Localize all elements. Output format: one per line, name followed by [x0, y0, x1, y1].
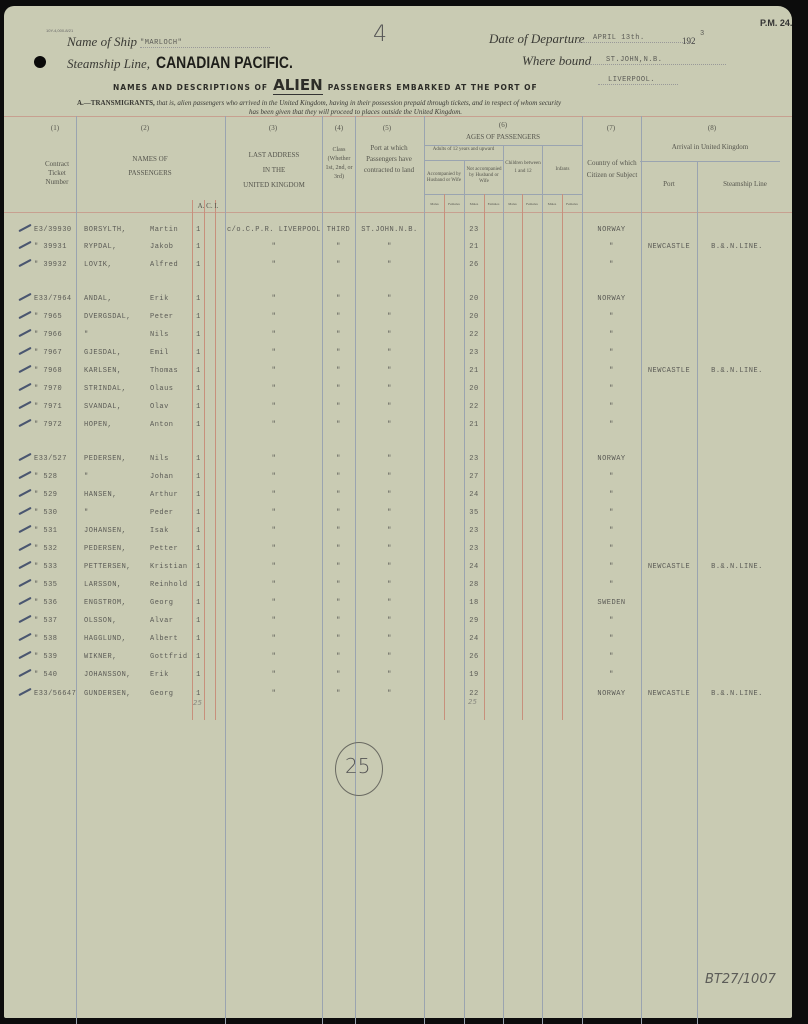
age: 23: [464, 455, 484, 463]
col4-number: (4): [323, 124, 355, 133]
last-address: ": [226, 690, 322, 698]
arrival-line: B.&.N.LINE.: [697, 563, 777, 571]
given-name: Anton: [150, 421, 192, 429]
table-row: " 529HANSEN,Arthur1"""24": [0, 487, 808, 504]
age: 23: [464, 226, 484, 234]
country: ": [582, 403, 641, 411]
ticket-number: " 7971: [34, 403, 74, 411]
col5-heading: Port at which Passengers have contracted…: [358, 143, 420, 176]
country: ": [582, 349, 641, 357]
last-address: ": [226, 473, 322, 481]
given-name: Nils: [150, 331, 192, 339]
col4-heading: Class (Whether 1st, 2nd, or 3rd): [325, 146, 353, 182]
given-name: Olav: [150, 403, 192, 411]
port-to-land: ": [355, 421, 424, 429]
class: ": [322, 491, 355, 499]
form-title: NAMES AND DESCRIPTIONS OF ALIEN PASSENGE…: [113, 75, 538, 94]
punch-hole: [34, 56, 46, 68]
adult-mark: 1: [193, 349, 204, 357]
col6-accompanied-heading: Accompanied by Husband or Wife: [424, 172, 464, 184]
surname: HAGGLUND,: [84, 635, 154, 643]
class: ": [322, 545, 355, 553]
adult-mark: 1: [193, 421, 204, 429]
check-mark-icon: [18, 347, 31, 355]
ticket-number: " 540: [34, 671, 74, 679]
age: 35: [464, 509, 484, 517]
males-label-2: Males: [464, 200, 484, 209]
country: ": [582, 653, 641, 661]
age: 26: [464, 653, 484, 661]
col3-number: (3): [258, 124, 288, 133]
archive-reference: BT27/1007: [705, 972, 776, 987]
age: 27: [464, 473, 484, 481]
last-address: ": [226, 527, 322, 535]
adult-mark: 1: [193, 243, 204, 251]
header-top-rule: [4, 116, 792, 117]
class: ": [322, 563, 355, 571]
adult-mark: 1: [193, 509, 204, 517]
ticket-number: " 532: [34, 545, 74, 553]
where-bound-label: Where bound: [522, 53, 591, 69]
class: ": [322, 331, 355, 339]
age: 21: [464, 243, 484, 251]
arrival-line: B.&.N.LINE.: [697, 690, 777, 698]
surname: STRINDAL,: [84, 385, 154, 393]
given-name: Alvar: [150, 617, 192, 625]
col6-children-heading: Children between 1 and 12: [505, 160, 541, 176]
ticket-number: " 530: [34, 509, 74, 517]
country: ": [582, 473, 641, 481]
age: 22: [464, 331, 484, 339]
steamship-line-value: CANADIAN PACIFIC.: [156, 53, 293, 73]
age: 18: [464, 599, 484, 607]
check-mark-icon: [18, 224, 31, 232]
ticket-number: " 39931: [34, 243, 74, 251]
check-mark-icon: [18, 561, 31, 569]
ticket-number: " 531: [34, 527, 74, 535]
country: ": [582, 545, 641, 553]
title-suffix: PASSENGERS EMBARKED AT THE PORT OF: [328, 83, 538, 92]
surname: JOHANSSON,: [84, 671, 154, 679]
port-to-land: ": [355, 563, 424, 571]
class: ": [322, 635, 355, 643]
arrival-port: NEWCASTLE: [641, 563, 697, 571]
table-row: " 7967GJESDAL,Emil1"""23": [0, 345, 808, 362]
age: 24: [464, 491, 484, 499]
ticket-number: " 7968: [34, 367, 74, 375]
adult-mark: 1: [193, 581, 204, 589]
country: ": [582, 581, 641, 589]
col3-heading-1: LAST ADDRESS: [226, 151, 322, 160]
age: 29: [464, 617, 484, 625]
col6-number: (6): [488, 121, 518, 130]
col1-heading: Contract Ticket Number: [40, 160, 74, 187]
surname: ": [84, 331, 154, 339]
ticket-number: " 7970: [34, 385, 74, 393]
last-address: ": [226, 349, 322, 357]
port-to-land: ": [355, 545, 424, 553]
adult-mark: 1: [193, 599, 204, 607]
ticket-number: " 7965: [34, 313, 74, 321]
males-label-3: Males: [503, 200, 522, 209]
ticket-number: " 536: [34, 599, 74, 607]
arrival-line: B.&.N.LINE.: [697, 243, 777, 251]
adult-mark: 1: [193, 295, 204, 303]
last-address: ": [226, 671, 322, 679]
title-alien: ALIEN: [273, 76, 323, 95]
country: ": [582, 331, 641, 339]
country: ": [582, 527, 641, 535]
table-row: E33/56647GUNDERSEN,Georg1"""22NORWAYNEWC…: [0, 686, 808, 703]
arrival-port: NEWCASTLE: [641, 243, 697, 251]
port-to-land: ": [355, 385, 424, 393]
check-mark-icon: [18, 383, 31, 391]
port-to-land: ": [355, 261, 424, 269]
given-name: Peter: [150, 313, 192, 321]
country: ": [582, 491, 641, 499]
given-name: Jakob: [150, 243, 192, 251]
adult-mark: 1: [193, 563, 204, 571]
class: ": [322, 261, 355, 269]
class: ": [322, 509, 355, 517]
class: ": [322, 455, 355, 463]
age: 22: [464, 690, 484, 698]
circled-total: 25: [335, 742, 383, 796]
col3-heading-3: UNITED KINGDOM: [226, 181, 322, 190]
port-to-land: ": [355, 617, 424, 625]
class: ": [322, 243, 355, 251]
country: ": [582, 313, 641, 321]
given-name: Erik: [150, 671, 192, 679]
surname: HOPEN,: [84, 421, 154, 429]
given-name: Emil: [150, 349, 192, 357]
class: ": [322, 313, 355, 321]
ticket-number: " 7972: [34, 421, 74, 429]
last-address: ": [226, 295, 322, 303]
adult-mark: 1: [193, 385, 204, 393]
table-row: " 7971SVANDAL,Olav1"""22": [0, 399, 808, 416]
where-bound-value: ST.JOHN,N.B.: [588, 56, 726, 65]
given-name: Nils: [150, 455, 192, 463]
check-mark-icon: [18, 615, 31, 623]
check-mark-icon: [18, 633, 31, 641]
given-name: Alfred: [150, 261, 192, 269]
last-address: ": [226, 455, 322, 463]
section-text-2: has been given that they will proceed to…: [249, 108, 462, 116]
ticket-number: " 528: [34, 473, 74, 481]
last-address: ": [226, 313, 322, 321]
surname: WIKNER,: [84, 653, 154, 661]
age: 22: [464, 403, 484, 411]
check-mark-icon: [18, 597, 31, 605]
males-label-1: Males: [425, 200, 444, 209]
check-mark-icon: [18, 579, 31, 587]
ticket-number: " 533: [34, 563, 74, 571]
col6-infants-heading: Infants: [543, 165, 582, 174]
form-code: 10Y-4,000-8/21: [46, 28, 73, 33]
adult-mark: 1: [193, 671, 204, 679]
section-label: A.—TRANSMIGRANTS,: [77, 99, 155, 107]
port-to-land: ": [355, 581, 424, 589]
last-address: ": [226, 599, 322, 607]
check-mark-icon: [18, 471, 31, 479]
class: ": [322, 653, 355, 661]
adult-mark: 1: [193, 635, 204, 643]
surname: OLSSON,: [84, 617, 154, 625]
class: ": [322, 403, 355, 411]
last-address: ": [226, 491, 322, 499]
col7-number: (7): [596, 124, 626, 133]
col6-not-accompanied-heading: Not accompanied by Husband or Wife: [464, 167, 504, 185]
table-row: E33/527PEDERSEN,Nils1"""23NORWAY: [0, 451, 808, 468]
adult-mark: 1: [193, 653, 204, 661]
class: ": [322, 617, 355, 625]
port-to-land: ": [355, 473, 424, 481]
adult-mark: 1: [193, 226, 204, 234]
port-to-land: ": [355, 653, 424, 661]
table-row: " 536ENGSTROM,Georg1"""18SWEDEN: [0, 595, 808, 612]
age: 20: [464, 295, 484, 303]
ticket-number: " 538: [34, 635, 74, 643]
col2-aci: A. C. I.: [190, 202, 226, 211]
port-to-land: ": [355, 349, 424, 357]
last-address: ": [226, 385, 322, 393]
age: 24: [464, 563, 484, 571]
col7-heading: Country of which Citizen or Subject: [584, 157, 640, 181]
given-name: Reinhold: [150, 581, 192, 589]
country: ": [582, 243, 641, 251]
last-address: ": [226, 403, 322, 411]
given-name: Martin: [150, 226, 192, 234]
title-prefix: NAMES AND DESCRIPTIONS OF: [113, 83, 268, 92]
age: 20: [464, 385, 484, 393]
surname: ANDAL,: [84, 295, 154, 303]
port-to-land: ST.JOHN.N.B.: [355, 226, 424, 234]
surname: HANSEN,: [84, 491, 154, 499]
age: 23: [464, 527, 484, 535]
country: ": [582, 421, 641, 429]
last-address: ": [226, 581, 322, 589]
country: ": [582, 367, 641, 375]
country: NORWAY: [582, 295, 641, 303]
table-row: E3/39930BORSYLTH,Martin1c/o.C.P.R. LIVER…: [0, 222, 808, 239]
ticket-number: E33/527: [34, 455, 74, 463]
arrival-port: NEWCASTLE: [641, 690, 697, 698]
table-row: " 540JOHANSSON,Erik1"""19": [0, 667, 808, 684]
age: 19: [464, 671, 484, 679]
form-number: P.M. 24.: [760, 18, 792, 28]
class: ": [322, 599, 355, 607]
given-name: Albert: [150, 635, 192, 643]
females-label-3: Females: [522, 200, 542, 209]
country: ": [582, 563, 641, 571]
ticket-number: " 539: [34, 653, 74, 661]
last-address: ": [226, 331, 322, 339]
col6-heading: AGES OF PASSENGERS: [424, 133, 582, 142]
last-address: ": [226, 635, 322, 643]
given-name: Isak: [150, 527, 192, 535]
given-name: Erik: [150, 295, 192, 303]
section-description: A.—TRANSMIGRANTS, that is, alien passeng…: [77, 98, 561, 108]
given-name: Olaus: [150, 385, 192, 393]
year-prefix: 192: [682, 36, 696, 46]
arrival-line: B.&.N.LINE.: [697, 367, 777, 375]
given-name: Johan: [150, 473, 192, 481]
check-mark-icon: [18, 453, 31, 461]
ticket-number: E33/56647: [34, 690, 74, 698]
surname: LARSSON,: [84, 581, 154, 589]
country: SWEDEN: [582, 599, 641, 607]
port-to-land: ": [355, 599, 424, 607]
handwritten-page-number: 4: [373, 22, 387, 47]
surname: ": [84, 473, 154, 481]
class: ": [322, 421, 355, 429]
class: THIRD: [322, 226, 355, 234]
table-row: E33/7964ANDAL,Erik1"""20NORWAY: [0, 291, 808, 308]
port-to-land: ": [355, 491, 424, 499]
age: 21: [464, 367, 484, 375]
col2-heading-2: PASSENGERS: [100, 169, 200, 178]
adult-mark: 1: [193, 491, 204, 499]
country: ": [582, 261, 641, 269]
class: ": [322, 349, 355, 357]
surname: DVERGSDAL,: [84, 313, 154, 321]
adult-mark: 1: [193, 617, 204, 625]
col5-number: (5): [372, 124, 402, 133]
surname: PEDERSEN,: [84, 455, 154, 463]
table-row: " 531JOHANSEN,Isak1"""23": [0, 523, 808, 540]
check-mark-icon: [18, 419, 31, 427]
last-address: c/o.C.P.R. LIVERPOOL: [226, 226, 322, 234]
check-mark-icon: [18, 241, 31, 249]
surname: SVANDAL,: [84, 403, 154, 411]
ticket-number: E33/7964: [34, 295, 74, 303]
given-name: Petter: [150, 545, 192, 553]
steamship-line-label: Steamship Line,: [67, 56, 150, 72]
surname: JOHANSEN,: [84, 527, 154, 535]
age: 20: [464, 313, 484, 321]
port-to-land: ": [355, 690, 424, 698]
check-mark-icon: [18, 365, 31, 373]
last-address: ": [226, 509, 322, 517]
table-row: " 39931RYPDAL,Jakob1"""21"NEWCASTLEB.&.N…: [0, 239, 808, 256]
age: 23: [464, 349, 484, 357]
check-mark-icon: [18, 543, 31, 551]
surname: BORSYLTH,: [84, 226, 154, 234]
ship-name-value: "MARLOCH": [140, 39, 270, 48]
country: ": [582, 385, 641, 393]
check-mark-icon: [18, 293, 31, 301]
check-mark-icon: [18, 489, 31, 497]
table-row: " 538HAGGLUND,Albert1"""24": [0, 631, 808, 648]
header-bottom-rule: [4, 212, 792, 213]
col1-number: (1): [40, 124, 70, 133]
col6-adults-heading: Adults of 12 years and upward: [426, 147, 501, 153]
check-mark-icon: [18, 311, 31, 319]
last-address: ": [226, 653, 322, 661]
age: 26: [464, 261, 484, 269]
surname: ENGSTROM,: [84, 599, 154, 607]
class: ": [322, 671, 355, 679]
table-row: " 539WIKNER,Gottfrid1"""26": [0, 649, 808, 666]
table-row: " 537OLSSON,Alvar1"""29": [0, 613, 808, 630]
adult-mark: 1: [193, 403, 204, 411]
given-name: Peder: [150, 509, 192, 517]
class: ": [322, 473, 355, 481]
country: NORWAY: [582, 690, 641, 698]
col8-port-heading: Port: [641, 180, 697, 189]
surname: KARLSEN,: [84, 367, 154, 375]
table-row: " 7968KARLSEN,Thomas1"""21"NEWCASTLEB.&.…: [0, 363, 808, 380]
check-mark-icon: [18, 507, 31, 515]
given-name: Georg: [150, 690, 192, 698]
females-label-2: Females: [484, 200, 503, 209]
port-of-embarkation-value: LIVERPOOL.: [598, 76, 678, 85]
males-label-4: Males: [542, 200, 562, 209]
check-mark-icon: [18, 525, 31, 533]
table-row: " 39932LOVIK,Alfred1"""26": [0, 257, 808, 274]
arrival-subrule: [640, 161, 780, 162]
year-suffix: 3: [700, 30, 705, 38]
class: ": [322, 295, 355, 303]
adult-mark: 1: [193, 261, 204, 269]
table-row: " 532PEDERSEN,Petter1"""23": [0, 541, 808, 558]
check-mark-icon: [18, 688, 31, 696]
handwritten-total-age: 25: [468, 698, 477, 706]
adult-mark: 1: [193, 367, 204, 375]
country: ": [582, 617, 641, 625]
country: ": [582, 635, 641, 643]
check-mark-icon: [18, 259, 31, 267]
port-to-land: ": [355, 331, 424, 339]
port-to-land: ": [355, 527, 424, 535]
last-address: ": [226, 243, 322, 251]
section-text-1: that is, alien passengers who arrived in…: [157, 99, 562, 107]
age: 21: [464, 421, 484, 429]
port-to-land: ": [355, 367, 424, 375]
ship-label: Name of Ship: [67, 34, 137, 50]
col8-heading: Arrival in United Kingdom: [645, 143, 775, 152]
surname: RYPDAL,: [84, 243, 154, 251]
last-address: ": [226, 421, 322, 429]
class: ": [322, 367, 355, 375]
port-to-land: ": [355, 295, 424, 303]
last-address: ": [226, 545, 322, 553]
port-to-land: ": [355, 509, 424, 517]
ticket-number: " 7966: [34, 331, 74, 339]
class: ": [322, 385, 355, 393]
port-to-land: ": [355, 455, 424, 463]
age: 28: [464, 581, 484, 589]
given-name: Kristian: [150, 563, 192, 571]
port-to-land: ": [355, 671, 424, 679]
ticket-number: " 535: [34, 581, 74, 589]
country: NORWAY: [582, 226, 641, 234]
table-row: " 528"Johan1"""27": [0, 469, 808, 486]
given-name: Georg: [150, 599, 192, 607]
last-address: ": [226, 367, 322, 375]
surname: PETTERSEN,: [84, 563, 154, 571]
last-address: ": [226, 261, 322, 269]
table-row: " 7966"Nils1"""22": [0, 327, 808, 344]
age: 24: [464, 635, 484, 643]
port-to-land: ": [355, 635, 424, 643]
col8-number: (8): [697, 124, 727, 133]
ticket-number: " 537: [34, 617, 74, 625]
ticket-number: " 7967: [34, 349, 74, 357]
surname: ": [84, 509, 154, 517]
country: NORWAY: [582, 455, 641, 463]
